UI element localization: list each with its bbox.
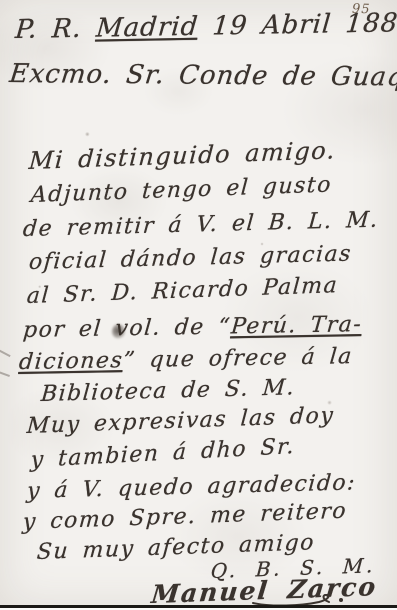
dateline-place: Madrid: [95, 12, 200, 44]
line-text: y á V. quedo agradecido:: [26, 470, 357, 504]
line-text: por el vol. de “: [22, 314, 232, 343]
underlined-text: Perú. Tra-: [230, 312, 363, 339]
letter-line: oficial dándo las gracias: [28, 242, 353, 275]
letter-line: Adjunto tengo el gusto: [30, 173, 333, 208]
margin-pen-mark: [0, 349, 11, 357]
line-text: al Sr. D. Ricardo Palma: [26, 273, 339, 309]
line-text: Adjunto tengo el gusto: [30, 172, 333, 208]
letter-line: de remitir á V. el B. L. M.: [22, 209, 380, 243]
letter-page: 95 P. R. Madrid 19 Abril 1886. Excmo. Sr…: [0, 0, 397, 610]
letter-line: al Sr. D. Ricardo Palma: [26, 274, 339, 309]
letter-line: Biblioteca de S. M.: [40, 376, 296, 407]
line-text: y como Spre. me reitero: [22, 499, 348, 535]
line-text: Biblioteca de S. M.: [40, 375, 296, 407]
salutation-line: Mi distinguido amigo.: [28, 137, 337, 174]
letter-line: y tambien á dho Sr.: [30, 435, 296, 473]
line-text: de remitir á V. el B. L. M.: [22, 208, 380, 242]
line-text: ” que ofrece á la: [122, 344, 354, 373]
dateline-prefix: P. R.: [14, 14, 97, 45]
letter-line: por el vol. de “Perú. Tra-: [22, 313, 363, 343]
recipient-line: Excmo. Sr. Conde de Guaqui.: [8, 60, 397, 92]
ink-blot: [112, 324, 125, 339]
dateline-date: 19 Abril 1886.: [197, 8, 397, 42]
underlined-text: diciones: [18, 348, 124, 375]
line-text: y tambien á dho Sr.: [30, 434, 296, 473]
margin-pen-mark: [0, 371, 10, 377]
letter-line: diciones” que ofrece á la: [18, 345, 354, 375]
dateline: P. R. Madrid 19 Abril 1886.: [14, 9, 397, 45]
line-text: oficial dándo las gracias: [28, 241, 353, 275]
